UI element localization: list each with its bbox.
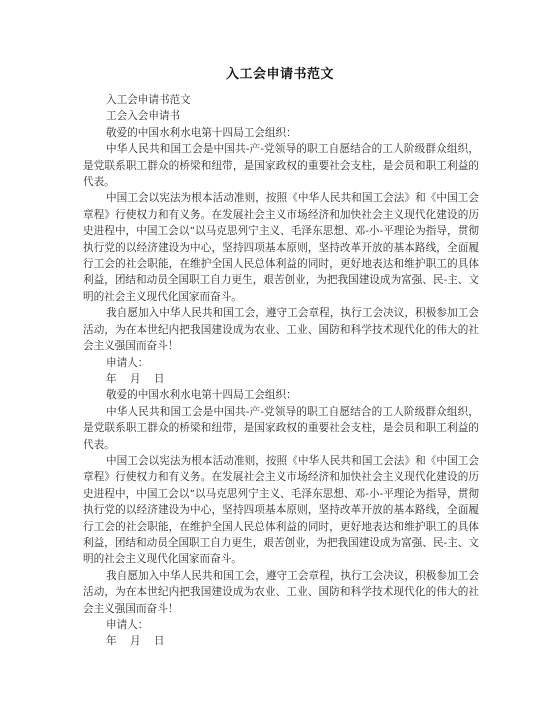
salutation: 敬爱的中国水利水电第十四局工会组织： — [83, 125, 479, 141]
salutation: 敬爱的中国水利水电第十四局工会组织： — [83, 387, 479, 403]
applicant-label: 申请人： — [83, 617, 479, 633]
subtitle-line: 工会入会申请书 — [83, 108, 479, 124]
paragraph: 中国工会以宪法为根本活动准则，按照《中华人民共和国工会法》和《中国工会章程》行使… — [83, 190, 479, 305]
document-body: 入工会申请书范文 工会入会申请书 敬爱的中国水利水电第十四局工会组织： 中华人民… — [83, 92, 479, 650]
paragraph: 中国工会以宪法为根本活动准则，按照《中华人民共和国工会法》和《中国工会章程》行使… — [83, 453, 479, 568]
document-title: 入工会申请书范文 — [0, 65, 560, 85]
paragraph: 我自愿加入中华人民共和国工会，遵守工会章程，执行工会决议，积极参加工会活动，为在… — [83, 305, 479, 354]
paragraph: 我自愿加入中华人民共和国工会，遵守工会章程，执行工会决议，积极参加工会活动，为在… — [83, 568, 479, 617]
date-line: 年 月 日 — [83, 633, 479, 649]
subtitle-line: 入工会申请书范文 — [83, 92, 479, 108]
document-page: 入工会申请书范文 入工会申请书范文 工会入会申请书 敬爱的中国水利水电第十四局工… — [0, 0, 560, 725]
paragraph: 中华人民共和国工会是中国共-产-党领导的职工自愿结合的工人阶级群众组织，是党联系… — [83, 141, 479, 190]
applicant-label: 申请人： — [83, 355, 479, 371]
paragraph: 中华人民共和国工会是中国共-产-党领导的职工自愿结合的工人阶级群众组织，是党联系… — [83, 404, 479, 453]
date-line: 年 月 日 — [83, 371, 479, 387]
